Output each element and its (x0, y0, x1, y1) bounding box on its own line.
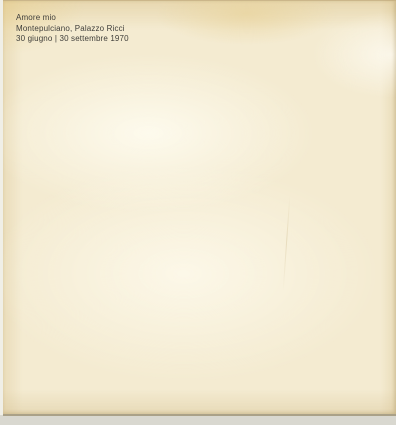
cover-venue: Montepulciano, Palazzo Ricci (16, 24, 129, 35)
catalog-cover: Amore mio Montepulciano, Palazzo Ricci 3… (3, 0, 396, 416)
cover-dates: 30 giugno | 30 settembre 1970 (16, 34, 129, 45)
scanner-bed-strip (0, 415, 396, 425)
scanned-catalog-page: Amore mio Montepulciano, Palazzo Ricci 3… (0, 0, 396, 425)
cover-title: Amore mio (16, 13, 129, 24)
paper-crease (283, 196, 291, 291)
cover-text-block: Amore mio Montepulciano, Palazzo Ricci 3… (16, 13, 129, 45)
